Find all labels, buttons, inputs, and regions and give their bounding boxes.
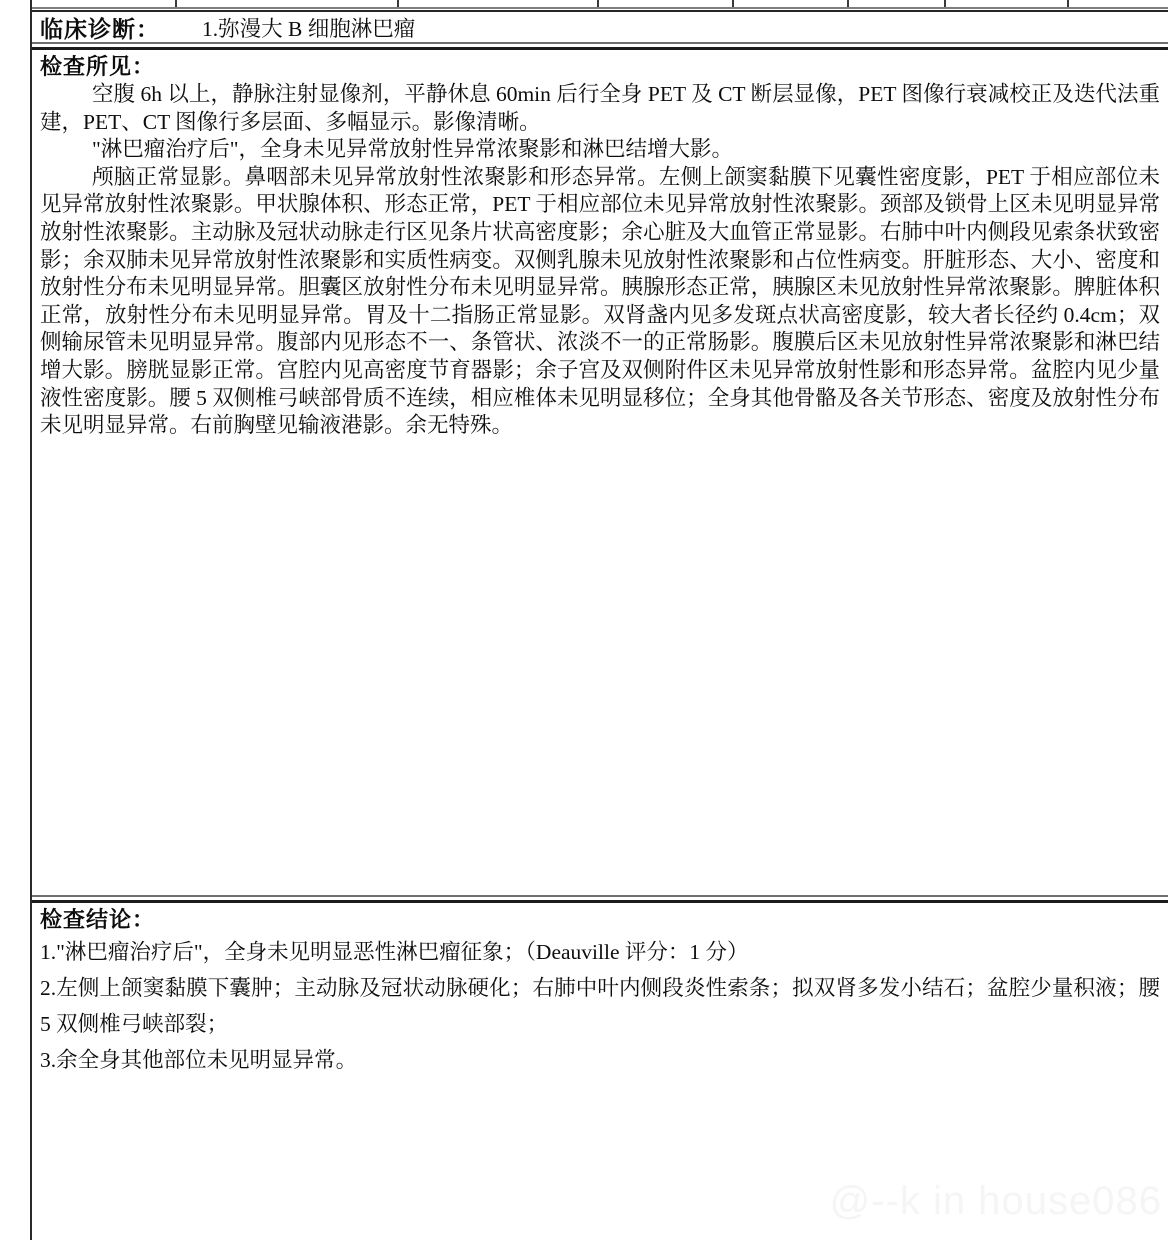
findings-paragraph: "淋巴瘤治疗后"，全身未见异常放射性异常浓聚影和淋巴结增大影。 [40, 136, 1160, 164]
conclusion-item: 2.左侧上颌窦黏膜下囊肿；主动脉及冠状动脉硬化；右肺中叶内侧段炎性索条；拟双肾多… [40, 970, 1160, 1042]
findings-header: 检查所见： [40, 53, 1160, 81]
cell-divider [1067, 0, 1069, 7]
clinical-diagnosis-label: 临床诊断： [40, 11, 160, 44]
findings-paragraph: 空腹 6h 以上，静脉注射显像剂，平静休息 60min 后行全身 PET 及 C… [40, 81, 1160, 136]
conclusion-body: 1."淋巴瘤治疗后"，全身未见明显恶性淋巴瘤征象；（Deauville 评分：1… [40, 934, 1160, 1078]
clinical-diagnosis-value: 1.弥漫大 B 细胞淋巴瘤 [202, 12, 415, 43]
findings-section: 检查所见： 空腹 6h 以上，静脉注射显像剂，平静休息 60min 后行全身 P… [32, 50, 1168, 895]
pet-ct-report-page: 临床诊断： 1.弥漫大 B 细胞淋巴瘤 检查所见： 空腹 6h 以上，静脉注射显… [0, 0, 1168, 1240]
cell-divider [847, 0, 849, 7]
cropped-top-table-row [32, 0, 1168, 7]
conclusion-item: 1."淋巴瘤治疗后"，全身未见明显恶性淋巴瘤征象；（Deauville 评分：1… [40, 934, 1160, 970]
clinical-diagnosis-row: 临床诊断： 1.弥漫大 B 细胞淋巴瘤 [32, 12, 1168, 42]
cell-divider [175, 0, 177, 7]
horizontal-rule [32, 42, 1168, 50]
cell-divider [732, 0, 734, 7]
conclusion-section: 检查结论： 1."淋巴瘤治疗后"，全身未见明显恶性淋巴瘤征象；（Deauvill… [32, 903, 1168, 1234]
findings-paragraph: 颅脑正常显影。鼻咽部未见异常放射性浓聚影和形态异常。左侧上颌窦黏膜下见囊性密度影… [40, 164, 1160, 440]
faint-watermark: @--k in house086 [830, 1179, 1162, 1224]
cell-divider [397, 0, 399, 7]
cell-divider [944, 0, 946, 7]
cell-divider [597, 0, 599, 7]
horizontal-rule [32, 895, 1168, 903]
conclusion-header: 检查结论： [40, 906, 1160, 934]
conclusion-item: 3.余全身其他部位未见明显异常。 [40, 1042, 1160, 1078]
findings-body: 空腹 6h 以上，静脉注射显像剂，平静休息 60min 后行全身 PET 及 C… [40, 81, 1160, 440]
